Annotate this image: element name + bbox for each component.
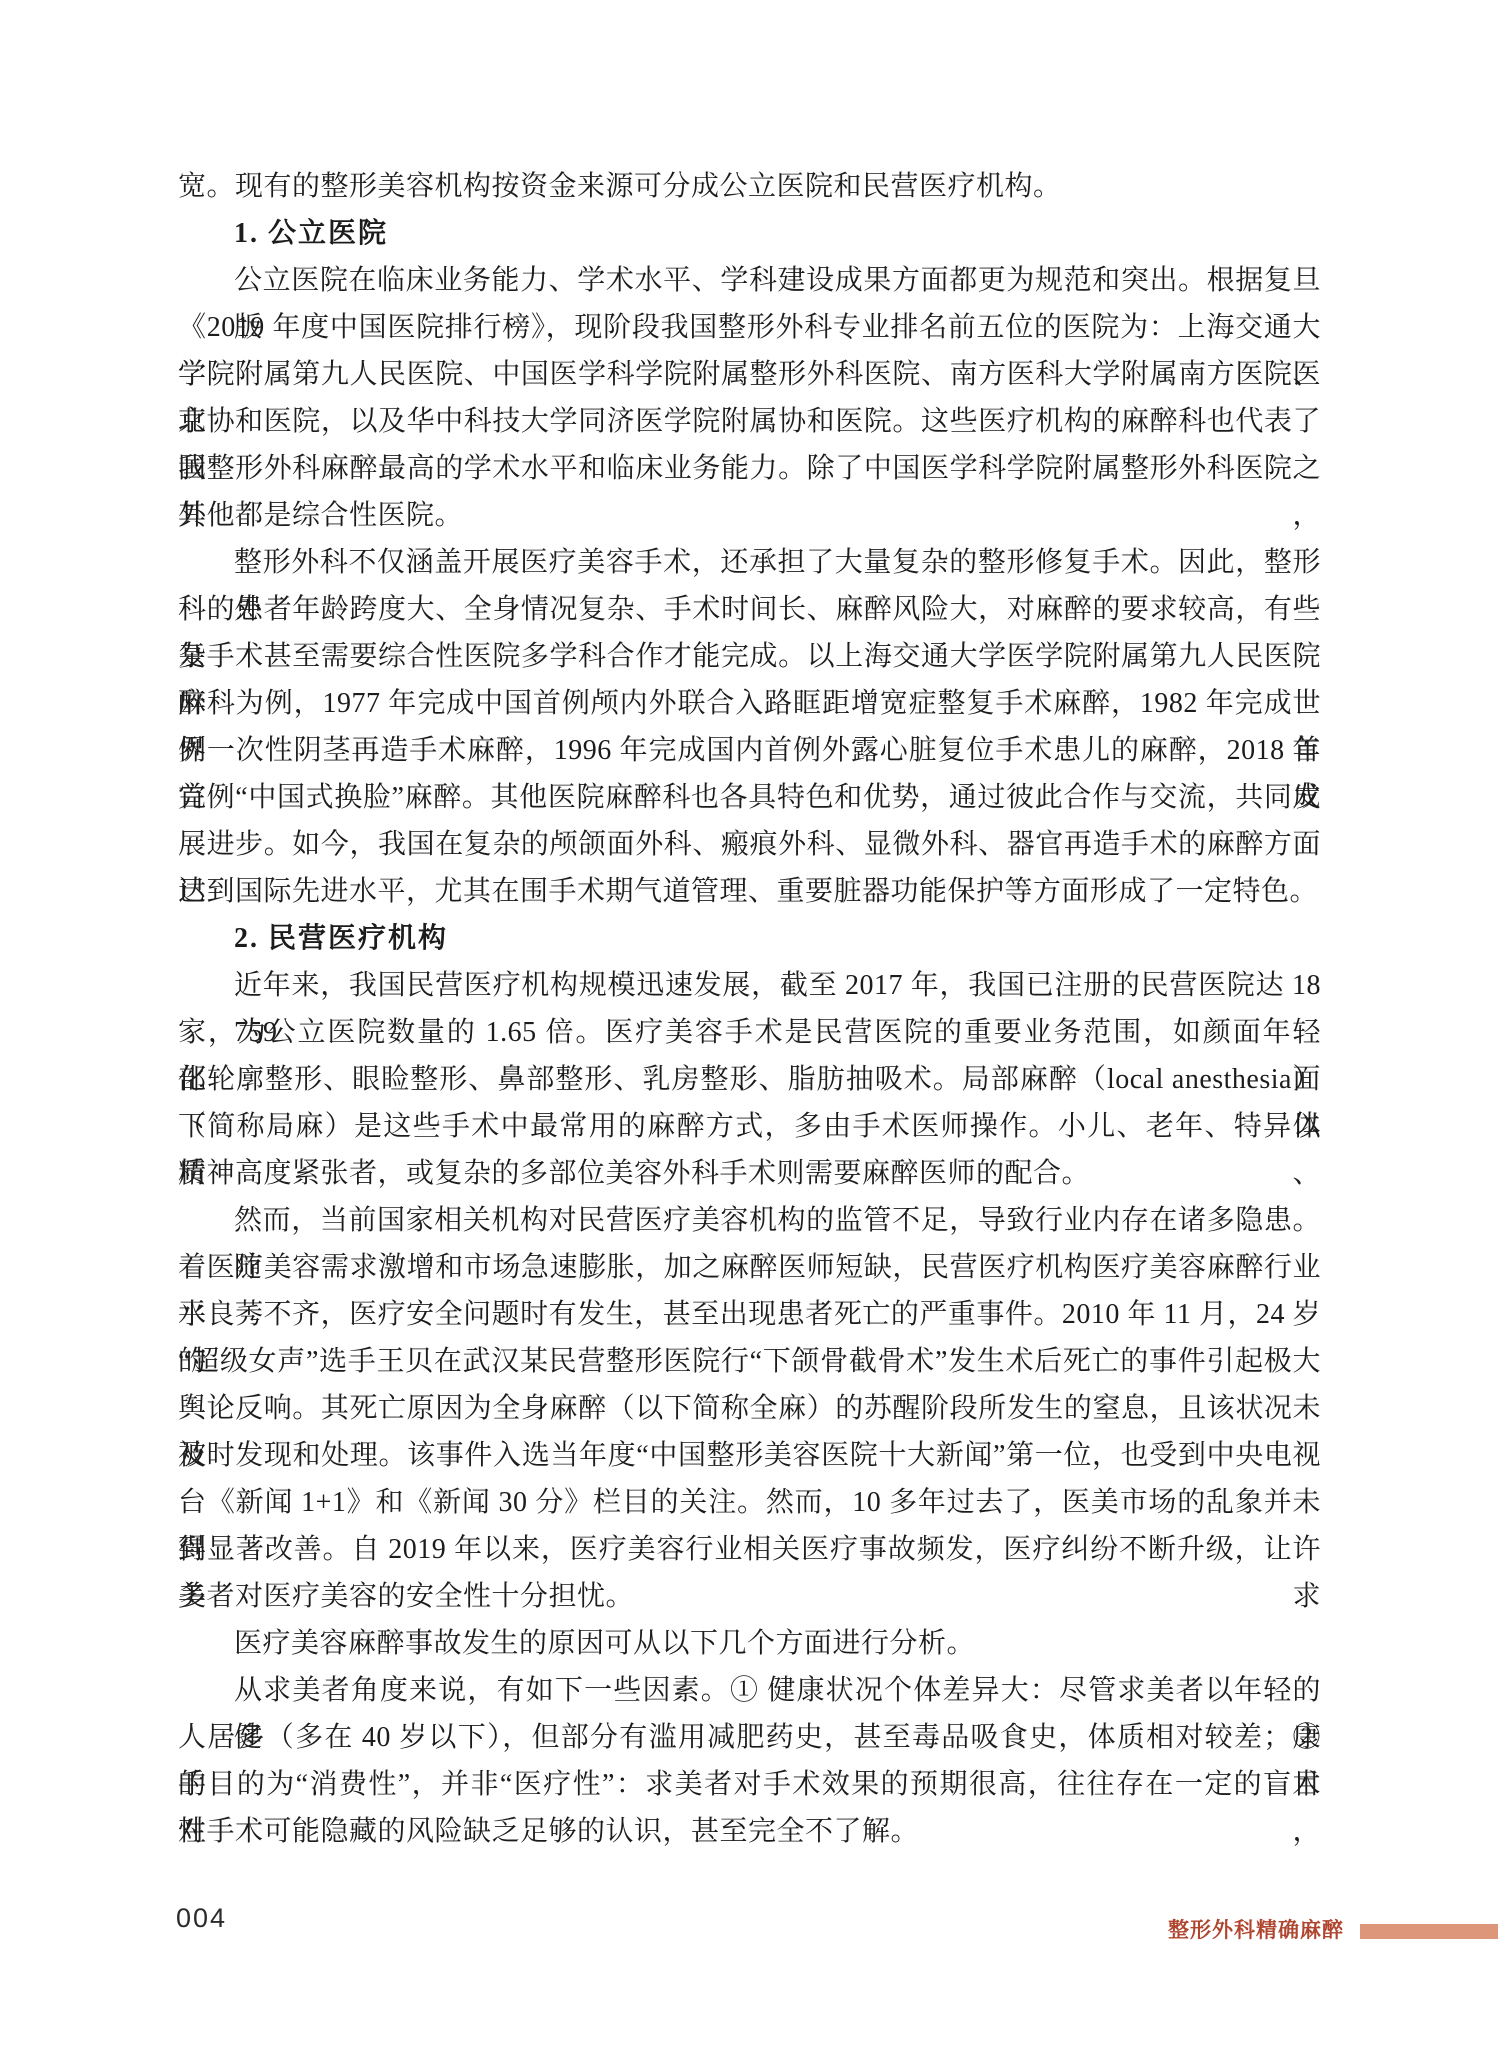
text-line: 宽。现有的整形美容机构按资金来源可分成公立医院和民营医疗机构。 (178, 163, 1321, 210)
text-line: 舆论反响。其死亡原因为全身麻醉（以下简称全麻）的苏醒阶段所发生的窒息，且该状况未… (178, 1385, 1321, 1432)
footer-book-title: 整形外科精确麻醉 (1168, 1914, 1344, 1944)
text-line: 家，为公立医院数量的 1.65 倍。医疗美容手术是民营医院的重要业务范围，如颜面… (178, 1009, 1321, 1056)
text-line: 展进步。如今，我国在复杂的颅颌面外科、瘢痕外科、显微外科、器官再造手术的麻醉方面… (178, 821, 1321, 868)
text-line: 整形外科不仅涵盖开展医疗美容手术，还承担了大量复杂的整形修复手术。因此，整形外 (178, 539, 1321, 586)
text-line: 台《新闻 1+1》和《新闻 30 分》栏目的关注。然而，10 多年过去了，医美市… (178, 1479, 1321, 1526)
text-line: 首例“中国式换脸”麻醉。其他医院麻醉科也各具特色和优势，通过彼此合作与交流，共同… (178, 774, 1321, 821)
text-line: 醉科为例，1977 年完成中国首例颅内外联合入路眶距增宽症整复手术麻醉，1982… (178, 680, 1321, 727)
text-line: 近年来，我国民营医疗机构规模迅速发展，截至 2017 年，我国已注册的民营医院达… (178, 962, 1321, 1009)
text-line: 京协和医院，以及华中科技大学同济医学院附属协和医院。这些医疗机构的麻醉科也代表了… (178, 398, 1321, 445)
body-text-block: 宽。现有的整形美容机构按资金来源可分成公立医院和民营医疗机构。1. 公立医院公立… (178, 163, 1321, 1855)
text-line: 达到国际先进水平，尤其在围手术期气道管理、重要脏器功能保护等方面形成了一定特色。 (178, 868, 1321, 915)
text-line: 例一次性阴茎再造手术麻醉，1996 年完成国内首例外露心脏复位手术患儿的麻醉，2… (178, 727, 1321, 774)
text-line: 人居多（多在 40 岁以下），但部分有滥用减肥药史，甚至毒品吸食史，体质相对较差… (178, 1714, 1321, 1761)
book-page: 宽。现有的整形美容机构按资金来源可分成公立医院和民营医疗机构。1. 公立医院公立… (0, 0, 1500, 2056)
text-line: 杂手术甚至需要综合性医院多学科合作才能完成。以上海交通大学医学院附属第九人民医院… (178, 633, 1321, 680)
text-line: 科的患者年龄跨度大、全身情况复杂、手术时间长、麻醉风险大，对麻醉的要求较高，有些… (178, 586, 1321, 633)
text-line: 《2019 年度中国医院排行榜》，现阶段我国整形外科专业排名前五位的医院为：上海… (178, 304, 1321, 351)
page-number: 004 (176, 1903, 227, 1934)
footer-accent-bar (1360, 1924, 1498, 1939)
section-heading: 2. 民营医疗机构 (178, 915, 1321, 962)
text-line: 的目的为“消费性”，并非“医疗性”：求美者对手术效果的预期很高，往往存在一定的盲… (178, 1761, 1321, 1808)
text-line: 然而，当前国家相关机构对民营医疗美容机构的监管不足，导致行业内存在诸多隐患。随 (178, 1197, 1321, 1244)
text-line: 着医疗美容需求激增和市场急速膨胀，加之麻醉医师短缺，民营医疗机构医疗美容麻醉行业… (178, 1244, 1321, 1291)
text-line: 部轮廓整形、眼睑整形、鼻部整形、乳房整形、脂肪抽吸术。局部麻醉（local an… (178, 1056, 1321, 1103)
text-line: 平良莠不齐，医疗安全问题时有发生，甚至出现患者死亡的严重事件。2010 年 11… (178, 1291, 1321, 1338)
section-heading: 1. 公立医院 (178, 210, 1321, 257)
text-line: 到显著改善。自 2019 年以来，医疗美容行业相关医疗事故频发，医疗纠纷不断升级… (178, 1526, 1321, 1573)
text-line: “超级女声”选手王贝在武汉某民营整形医院行“下颌骨截骨术”发生术后死亡的事件引起… (178, 1338, 1321, 1385)
text-line: 及时发现和处理。该事件入选当年度“中国整形美容医院十大新闻”第一位，也受到中央电… (178, 1432, 1321, 1479)
text-line: 国整形外科麻醉最高的学术水平和临床业务能力。除了中国医学科学院附属整形外科医院之… (178, 445, 1321, 492)
text-line: 学院附属第九人民医院、中国医学科学院附属整形外科医院、南方医科大学附属南方医院、… (178, 351, 1321, 398)
text-line: 下简称局麻）是这些手术中最常用的麻醉方式，多由手术医师操作。小儿、老年、特异体质… (178, 1103, 1321, 1150)
text-line: 公立医院在临床业务能力、学术水平、学科建设成果方面都更为规范和突出。根据复旦版 (178, 257, 1321, 304)
text-line: 医疗美容麻醉事故发生的原因可从以下几个方面进行分析。 (178, 1620, 1321, 1667)
text-line: 从求美者角度来说，有如下一些因素。① 健康状况个体差异大：尽管求美者以年轻的健康 (178, 1667, 1321, 1714)
